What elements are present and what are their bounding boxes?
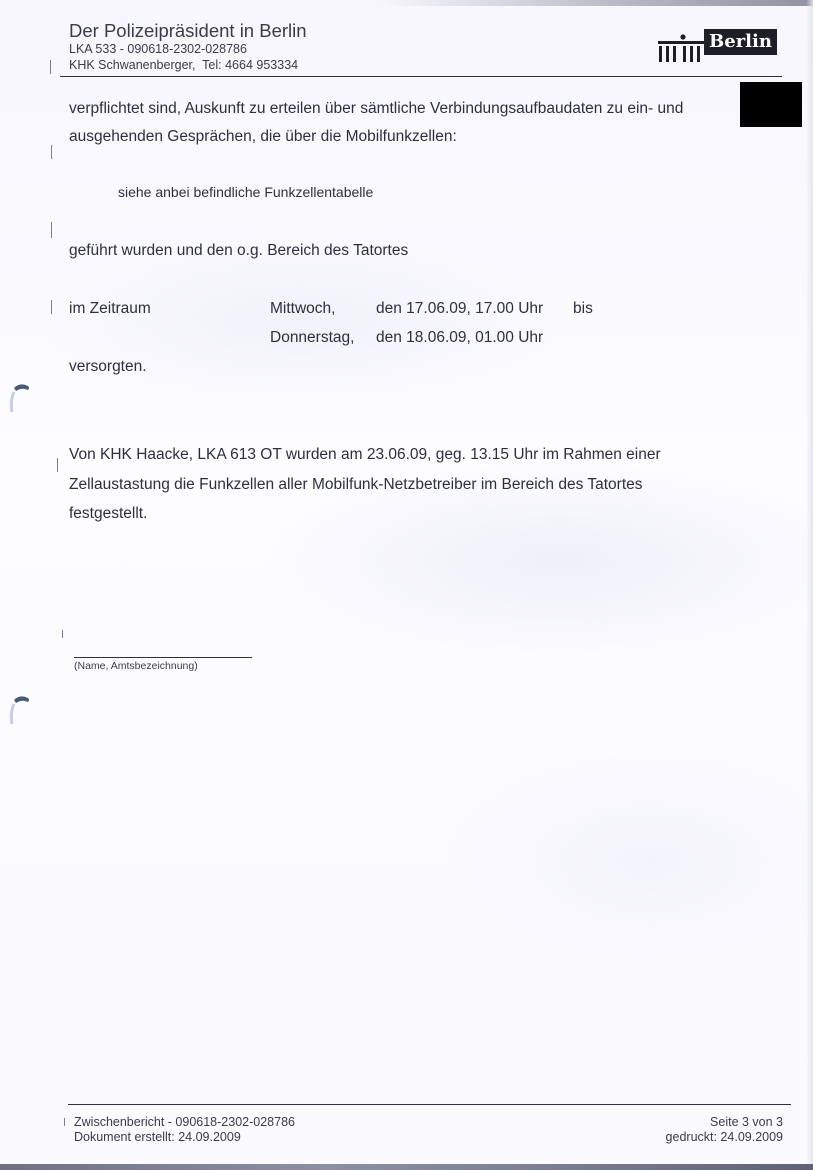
berlin-logo: Berlin (656, 26, 780, 64)
scan-edge-bottom (0, 1164, 813, 1170)
footer-created-line: Dokument erstellt: 24.09.2009 (74, 1130, 241, 1144)
footer-divider (68, 1104, 791, 1105)
period-end-day: Donnerstag, (270, 329, 354, 347)
margin-mark (64, 1118, 65, 1126)
footer-printed-date: gedruckt: 24.09.2009 (666, 1130, 783, 1144)
margin-mark (62, 630, 63, 638)
paragraph3-line2: Zellaustastung die Funkzellen aller Mobi… (69, 476, 643, 494)
margin-mark (57, 458, 58, 472)
paragraph3-line3: festgestellt. (69, 505, 147, 523)
letterhead-title: Der Polizeipräsident in Berlin (69, 20, 307, 42)
cell-table-note: siehe anbei befindliche Funkzellentabell… (118, 184, 373, 200)
margin-mark (51, 145, 52, 159)
margin-mark (51, 300, 52, 314)
paragraph1-line2: ausgehenden Gesprächen, die über die Mob… (69, 128, 457, 146)
logo-wordmark: Berlin (704, 29, 777, 55)
scan-edge-right (806, 0, 813, 1170)
reference-number: LKA 533 - 090618-2302-028786 (69, 42, 247, 56)
scan-shadow-top (380, 0, 813, 6)
punch-hole-icon (6, 378, 32, 418)
brandenburg-gate-icon (656, 26, 706, 64)
paragraph3-line1: Von KHK Haacke, LKA 613 OT wurden am 23.… (69, 446, 661, 464)
period-connector: bis (573, 300, 593, 318)
period-start-datetime: den 17.06.09, 17.00 Uhr (376, 300, 543, 318)
header-divider (60, 76, 782, 77)
scanned-page: Der Polizeipräsident in Berlin LKA 533 -… (0, 0, 813, 1170)
signature-line (74, 657, 252, 658)
closing-word: versorgten. (69, 358, 147, 376)
footer-report-line: Zwischenbericht - 090618-2302-028786 (74, 1115, 295, 1129)
contact-line: KHK Schwanenberger, Tel: 4664 953334 (69, 58, 298, 72)
period-start-day: Mittwoch, (270, 300, 335, 318)
paragraph2: geführt wurden und den o.g. Bereich des … (69, 242, 408, 260)
period-end-datetime: den 18.06.09, 01.00 Uhr (376, 329, 543, 347)
margin-mark (50, 60, 51, 74)
footer-page-number: Seite 3 von 3 (710, 1115, 783, 1129)
margin-mark (51, 222, 52, 238)
punch-hole-icon (6, 690, 32, 730)
period-label: im Zeitraum (69, 300, 151, 318)
redaction-box (740, 82, 802, 127)
signature-label: (Name, Amtsbezeichnung) (74, 660, 198, 672)
paragraph1-line1: verpflichtet sind, Auskunft zu erteilen … (69, 100, 683, 118)
